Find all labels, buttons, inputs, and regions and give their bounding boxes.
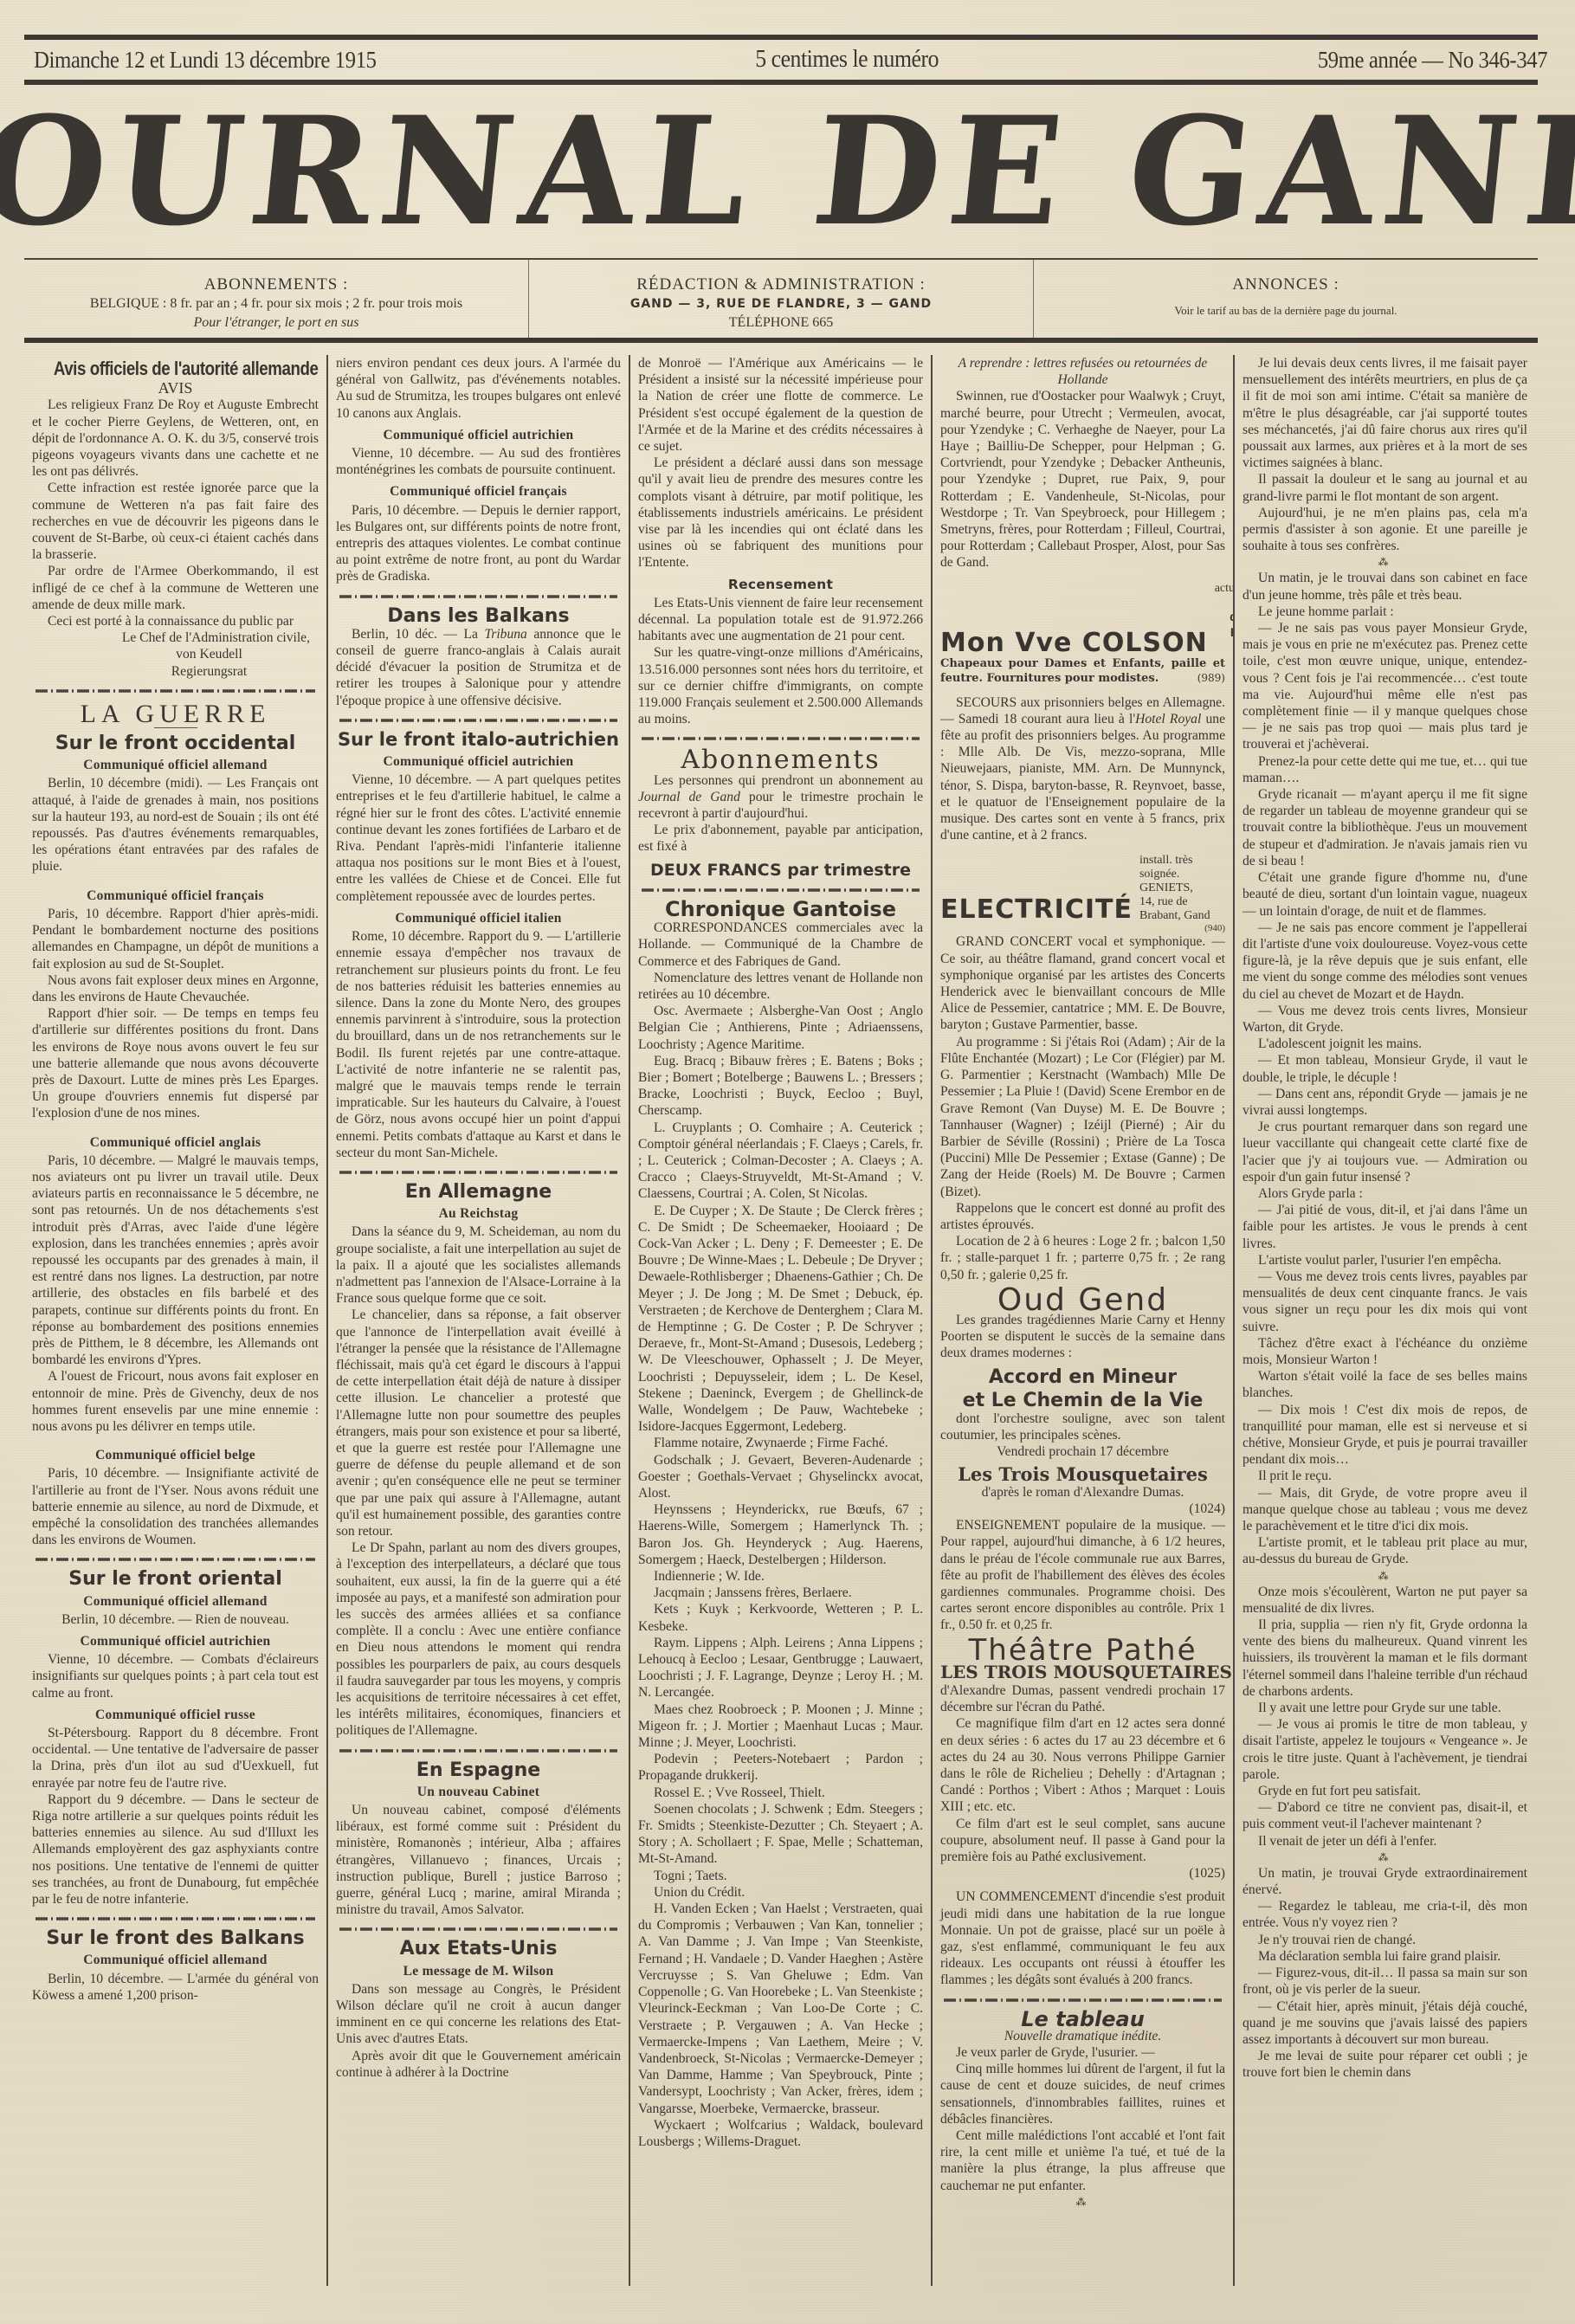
paragraph: Rome, 10 décembre. Rapport du 9. — L'art… xyxy=(336,928,621,1161)
paragraph: — Et mon tableau, Monsieur Gryde, il vau… xyxy=(1243,1052,1527,1085)
asterism: ⁂ xyxy=(940,2198,1225,2206)
headline-tableau: Le tableau xyxy=(940,2011,1225,2028)
ornament-divider xyxy=(339,1171,617,1174)
editorial-box: RÉDACTION & ADMINISTRATION : GAND — 3, R… xyxy=(528,260,1033,338)
subheading: Communiqué officiel allemand xyxy=(32,1593,319,1610)
headline-oud-gend: Oud Gend xyxy=(940,1292,1225,1308)
ornament-divider xyxy=(339,1928,617,1932)
film-title: LES TROIS MOUSQUETAIRES xyxy=(940,1664,1225,1681)
signature: Le Chef de l'Administration civile, xyxy=(32,629,319,646)
paragraph: Les personnes qui prendront un abonnemen… xyxy=(638,772,923,823)
ornament-divider xyxy=(36,1918,315,1921)
paragraph: Ceci est porté à la connaissance du publ… xyxy=(32,613,319,629)
signature: von Keudell xyxy=(32,646,319,662)
paragraph: Eug. Bracq ; Bibauw frères ; E. Batens ;… xyxy=(638,1053,923,1120)
paragraph: Il pria, supplia — rien n'y fit, Gryde o… xyxy=(1243,1617,1527,1700)
paragraph: Vienne, 10 décembre. — Combats d'éclaire… xyxy=(32,1651,319,1701)
ornament-divider xyxy=(339,719,617,722)
paragraph: E. De Cuyper ; X. De Staute ; De Clerck … xyxy=(638,1203,923,1436)
subheading: A reprendre : lettres refusées ou retour… xyxy=(940,355,1225,388)
paragraph: ENSEIGNEMENT populaire de la musique. — … xyxy=(940,1517,1225,1633)
paragraph: Il y avait une lettre pour Gryde sur une… xyxy=(1243,1700,1527,1716)
column-2: niers environ pendant ces deux jours. A … xyxy=(326,355,629,2286)
paragraph: — Je ne sais pas encore comment je l'app… xyxy=(1243,920,1527,1003)
ornament-divider xyxy=(339,595,617,598)
signature: Regierungsrat xyxy=(32,663,319,680)
ad-electricite-address: install. très soignée. GENIETS,14, rue d… xyxy=(1139,854,1225,923)
paragraph: L. Cruyplants ; O. Comhaire ; A. Ceuteri… xyxy=(638,1120,923,1203)
paragraph: H. Vanden Ecken ; Van Haelst ; Verstraet… xyxy=(638,1901,923,2117)
paragraph: Les Etats-Unis viennent de faire leur re… xyxy=(638,595,923,645)
asterism: ⁂ xyxy=(1243,558,1527,566)
paragraph: Dans la séance du 9, M. Scheideman, au n… xyxy=(336,1223,621,1307)
paragraph: Nous avons fait exploser deux mines en A… xyxy=(32,972,319,1005)
subscriptions-foreign: Pour l'étranger, le port en sus xyxy=(194,315,359,330)
masthead: JOURNAL DE GAND xyxy=(24,85,1538,258)
column-4: A reprendre : lettres refusées ou retour… xyxy=(931,355,1233,2286)
paragraph: L'artiste voulut parler, l'usurier l'en … xyxy=(1243,1252,1527,1269)
paragraph: Onze mois s'écoulèrent, Warton ne put pa… xyxy=(1243,1584,1527,1617)
paragraph: Il passait la douleur et le sang au jour… xyxy=(1243,471,1527,504)
paragraph: Cent mille malédictions l'ont accablé et… xyxy=(940,2127,1225,2194)
subscriptions-label: ABONNEMENTS : xyxy=(24,275,528,294)
headline-theatre-pathe: Théâtre Pathé xyxy=(940,1643,1225,1659)
paragraph: Paris, 10 décembre. Rapport d'hier après… xyxy=(32,906,319,972)
subscription-price: DEUX FRANCS par trimestre xyxy=(638,862,923,879)
avis-sub: AVIS xyxy=(32,380,319,397)
paragraph: Raym. Lippens ; Alph. Leirens ; Anna Lip… xyxy=(638,1635,923,1701)
ads-note: Voir le tarif au bas de la dernière page… xyxy=(1034,301,1538,320)
subheading: Communiqué officiel belge xyxy=(32,1447,319,1463)
ornament-divider xyxy=(36,689,315,693)
paragraph: Un matin, je trouvai Gryde extraordinair… xyxy=(1243,1865,1527,1898)
issue-price: 5 centimes le numéro xyxy=(755,46,939,74)
paragraph: Jacqmain ; Janssens frères, Berlaere. xyxy=(638,1585,923,1601)
headline-guerre: LA GUERRE xyxy=(32,706,319,722)
paragraph: — Je ne sais pas vous payer Monsieur Gry… xyxy=(1243,620,1527,753)
subheading: Recensement xyxy=(638,577,923,593)
headline-occidental: Sur le front occidental xyxy=(32,735,319,752)
paragraph: Osc. Avermaete ; Alsberghe-Van Oost ; An… xyxy=(638,1003,923,1053)
info-bar: ABONNEMENTS : BELGIQUE : 8 fr. par an ; … xyxy=(24,260,1538,343)
paragraph: Indiennerie ; W. Ide. xyxy=(638,1568,923,1585)
paragraph: Maes chez Roobroeck ; P. Moonen ; J. Min… xyxy=(638,1701,923,1752)
paragraph: Aujourd'hui, je ne m'en plains pas, cela… xyxy=(1243,505,1527,555)
paragraph: Podevin ; Peeters-Notebaert ; Pardon ; P… xyxy=(638,1751,923,1784)
subheading: Communiqué officiel autrichien xyxy=(336,427,621,443)
paragraph: Il venait de jeter un défi à l'enfer. xyxy=(1243,1833,1527,1850)
paragraph: Wyckaert ; Wolfcarius ; Waldack, bouleva… xyxy=(638,2117,923,2150)
ad-colson-address: actuellement, ruedigue de Brabant, 69. xyxy=(1215,582,1233,656)
film-title: et Le Chemin de la Vie xyxy=(940,1392,1225,1409)
headline-avis: Avis officiels de l'autorité allemande xyxy=(54,360,297,377)
paragraph: Un matin, je le trouvai dans son cabinet… xyxy=(1243,570,1527,603)
ads-label: ANNONCES : xyxy=(1034,275,1538,294)
paragraph: — Figurez-vous, dit-il… Il passa sa main… xyxy=(1243,1965,1527,1998)
paragraph: Le prix d'abonnement, payable par antici… xyxy=(638,822,923,855)
ornament-divider xyxy=(36,1559,315,1562)
editorial-phone: TÉLÉPHONE 665 xyxy=(529,313,1033,332)
paragraph: Dans son message au Congrès, le Présiden… xyxy=(336,1981,621,2048)
paragraph: Les grandes tragédiennes Marie Carny et … xyxy=(940,1312,1225,1362)
paragraph: Berlin, 10 décembre (midi). — Les França… xyxy=(32,775,319,875)
paragraph: Vienne, 10 décembre. — A part quelques p… xyxy=(336,771,621,905)
headline-balkans: Sur le front des Balkans xyxy=(32,1930,319,1946)
paragraph: Gryde ricanait — m'ayant aperçu il me fi… xyxy=(1243,786,1527,869)
film-title: Les Trois Mousquetaires xyxy=(940,1466,1225,1482)
paragraph: GRAND CONCERT vocal et symphonique. — Ce… xyxy=(940,933,1225,1033)
editorial-label: RÉDACTION & ADMINISTRATION : xyxy=(529,275,1033,294)
paragraph: Au programme : Si j'étais Roi (Adam) ; A… xyxy=(940,1034,1225,1200)
paragraph: — Vous me devez trois cents livres, Mons… xyxy=(1243,1003,1527,1036)
subheading: Communiqué officiel autrichien xyxy=(336,753,621,770)
paragraph: Paris, 10 décembre. — Malgré le mauvais … xyxy=(32,1152,319,1369)
paragraph: Par ordre de l'Armee Oberkommando, il es… xyxy=(32,563,319,613)
paragraph: St-Pétersbourg. Rapport du 8 décembre. F… xyxy=(32,1725,319,1791)
ad-colson: Mon Vve COLSON actuellement, ruedigue de… xyxy=(940,582,1225,656)
subheading: Communiqué officiel anglais xyxy=(32,1134,319,1151)
paragraph: — C'était hier, après minuit, j'étais dé… xyxy=(1243,1998,1527,2049)
paragraph: Je lui devais deux cents livres, il me f… xyxy=(1243,355,1527,471)
paragraph: Je me levai de suite pour réparer cet ou… xyxy=(1243,2048,1527,2081)
column-5: Je lui devais deux cents livres, il me f… xyxy=(1233,355,1535,2286)
paragraph: d'Alexandre Dumas, passent vendredi proc… xyxy=(940,1682,1225,1715)
paragraph: Ma déclaration sembla lui faire grand pl… xyxy=(1243,1948,1527,1965)
column-1: Avis officiels de l'autorité allemande A… xyxy=(24,355,326,2286)
ornament-divider xyxy=(642,888,920,892)
paragraph: Un nouveau cabinet, composé d'éléments l… xyxy=(336,1802,621,1918)
subheading: Communiqué officiel français xyxy=(336,483,621,500)
headline-etats-unis: Aux Etats-Unis xyxy=(336,1940,621,1957)
story-part-2: Un matin, je le trouvai dans son cabinet… xyxy=(1243,570,1527,1567)
paragraph: de Monroë — l'Amérique aux Américains — … xyxy=(638,355,923,455)
paragraph: Berlin, 10 décembre. — L'armée du généra… xyxy=(32,1971,319,2004)
paragraph: — Mais, dit Gryde, de votre propre aveu … xyxy=(1243,1485,1527,1535)
headline-abonnements: Abonnements xyxy=(638,752,923,768)
paragraph: — Vous me devez trois cents livres, paya… xyxy=(1243,1269,1527,1335)
paragraph: Je veux parler de Gryde, l'usurier. — xyxy=(940,2044,1225,2061)
story-part-4: Un matin, je trouvai Gryde extraordinair… xyxy=(1243,1865,1527,2082)
paragraph: Après avoir dit que le Gouvernement amér… xyxy=(336,2048,621,2081)
paragraph: L'artiste promit, et le tableau prit pla… xyxy=(1243,1534,1527,1567)
column-3: de Monroë — l'Amérique aux Américains — … xyxy=(629,355,931,2286)
ad-electricite: ELECTRICITÉ install. très soignée. GENIE… xyxy=(940,854,1225,923)
paragraph: Heynssens ; Heynderickx, rue Bœufs, 67 ;… xyxy=(638,1501,923,1568)
paragraph: CORRESPONDANCES commerciales avec la Hol… xyxy=(638,920,923,970)
paragraph: Rapport du 9 décembre. — Dans le secteur… xyxy=(32,1791,319,1908)
paragraph: niers environ pendant ces deux jours. A … xyxy=(336,355,621,422)
ad-electricite-name: ELECTRICITÉ xyxy=(940,897,1133,923)
paragraph: Flamme notaire, Zwynaerde ; Firme Faché. xyxy=(638,1435,923,1451)
paragraph: Union du Crédit. xyxy=(638,1884,923,1901)
paragraph: Location de 2 à 6 heures : Loge 2 fr. ; … xyxy=(940,1233,1225,1283)
asterism: ⁂ xyxy=(1243,1572,1527,1580)
paragraph: Rossel E. ; Vve Rosseel, Thielt. xyxy=(638,1785,923,1801)
subheading: Communiqué officiel allemand xyxy=(32,757,319,773)
asterism: ⁂ xyxy=(1243,1853,1527,1862)
subscriptions-box: ABONNEMENTS : BELGIQUE : 8 fr. par an ; … xyxy=(24,260,528,338)
ornament-divider xyxy=(339,1749,617,1753)
paragraph: UN COMMENCEMENT d'incendie s'est produit… xyxy=(940,1888,1225,1988)
film-title: Accord en Mineur xyxy=(940,1369,1225,1385)
subheading: Communiqué officiel russe xyxy=(32,1707,319,1723)
paragraph: Togni ; Taets. xyxy=(638,1868,923,1884)
subheading: Au Reichstag xyxy=(336,1205,621,1222)
paragraph: L'adolescent joignit les mains. xyxy=(1243,1036,1527,1052)
paragraph: Paris, 10 décembre. — Depuis le dernier … xyxy=(336,502,621,585)
paragraph: Alors Gryde parla : xyxy=(1243,1185,1527,1202)
paragraph: Soenen chocolats ; J. Schwenk ; Edm. Ste… xyxy=(638,1801,923,1868)
paragraph: Paris, 10 décembre. — Insignifiante acti… xyxy=(32,1465,319,1548)
paragraph: C'était une grande figure d'homme nu, d'… xyxy=(1243,869,1527,920)
ornament-divider xyxy=(944,1998,1222,2002)
paragraph: Kets ; Kuyk ; Kerkvoorde, Wetteren ; P. … xyxy=(638,1601,923,1634)
ads-box: ANNONCES : Voir le tarif au bas de la de… xyxy=(1033,260,1538,338)
paragraph: Il prit le reçu. xyxy=(1243,1468,1527,1484)
ad-colson-name: Mon Vve COLSON xyxy=(940,630,1208,656)
paragraph: — Je vous ai promis le titre de mon tabl… xyxy=(1243,1716,1527,1783)
paragraph: Rappelons que le concert est donné au pr… xyxy=(940,1200,1225,1233)
paragraph: Gryde en fut fort peu satisfait. xyxy=(1243,1783,1527,1799)
event-date: Vendredi prochain 17 décembre xyxy=(940,1443,1225,1460)
paragraph: Rapport d'hier soir. — De temps en temps… xyxy=(32,1005,319,1121)
paragraph: Nomenclature des lettres venant de Holla… xyxy=(638,970,923,1003)
paragraph: Ce magnifique film d'art en 12 actes ser… xyxy=(940,1715,1225,1815)
story-part-3: Onze mois s'écoulèrent, Warton ne put pa… xyxy=(1243,1584,1527,1850)
subheading: Le message de M. Wilson xyxy=(336,1963,621,1979)
headline-allemagne: En Allemagne xyxy=(336,1184,621,1200)
ad-colson-body: Chapeaux pour Dames et Enfants, paille e… xyxy=(940,656,1225,686)
headline-dans-balkans: Dans les Balkans xyxy=(336,608,621,624)
paragraph: Cinq mille hommes lui dûrent de l'argent… xyxy=(940,2061,1225,2127)
issue-date: Dimanche 12 et Lundi 13 décembre 1915 xyxy=(34,47,376,74)
paragraph: — Dix mois ! C'est dix mois de repos, de… xyxy=(1243,1402,1527,1469)
headline-chronique: Chronique Gantoise xyxy=(638,901,923,918)
paragraph: SECOURS aux prisonniers belges en Allema… xyxy=(940,694,1225,844)
paragraph: A l'ouest de Fricourt, nous avons fait e… xyxy=(32,1368,319,1435)
ad-ref: (940) xyxy=(940,923,1225,933)
newspaper-page: Dimanche 12 et Lundi 13 décembre 1915 5 … xyxy=(24,35,1538,2286)
headline-espagne: En Espagne xyxy=(336,1762,621,1779)
subheading: Communiqué officiel italien xyxy=(336,910,621,926)
paragraph: Cette infraction est restée ignorée parc… xyxy=(32,480,319,563)
paragraph: Les religieux Franz De Roy et Auguste Em… xyxy=(32,397,319,480)
paragraph: — Dans cent ans, répondit Gryde — jamais… xyxy=(1243,1086,1527,1119)
paragraph: Je n'y trouvai rien de changé. xyxy=(1243,1932,1527,1948)
paragraph: — Regardez le tableau, me cria-t-il, dès… xyxy=(1243,1898,1527,1931)
paragraph: Le Dr Spahn, parlant au nom des divers g… xyxy=(336,1540,621,1739)
paragraph: Ce film d'art est le seul complet, sans … xyxy=(940,1816,1225,1866)
paragraph: Vienne, 10 décembre. — Au sud des fronti… xyxy=(336,445,621,478)
headline-italo: Sur le front italo-autrichien xyxy=(336,732,621,748)
paragraph: Swinnen, rue d'Oostacker pour Waalwyk ; … xyxy=(940,388,1225,571)
paragraph: Tâchez d'être exact à l'échéance du onzi… xyxy=(1243,1335,1527,1368)
paragraph: Warton s'était voilé la face de ses bell… xyxy=(1243,1368,1527,1401)
issue-number: 59me année — No 346-347 xyxy=(1318,47,1547,74)
ad-ref: (1024) xyxy=(940,1501,1225,1517)
subheading: Communiqué officiel autrichien xyxy=(32,1633,319,1649)
ornament-divider xyxy=(642,738,920,741)
letters-list: Osc. Avermaete ; Alsberghe-Van Oost ; An… xyxy=(638,1003,923,2150)
paragraph: Je crus pourtant remarquer dans son rega… xyxy=(1243,1119,1527,1185)
paragraph: Godschalk ; J. Gevaert, Beveren-Audenard… xyxy=(638,1452,923,1502)
paragraph: Berlin, 10 déc. — La Tribuna annonce que… xyxy=(336,626,621,709)
paragraph: dont l'orchestre souligne, avec son tale… xyxy=(940,1411,1225,1443)
paragraph: — J'ai pitié de vous, dit-il, et j'ai da… xyxy=(1243,1202,1527,1252)
editorial-address: GAND — 3, RUE DE FLANDRE, 3 — GAND xyxy=(529,294,1033,313)
paragraph: Sur les quatre-vingt-onze millions d'Amé… xyxy=(638,644,923,727)
subscriptions-rates: BELGIQUE : 8 fr. par an ; 4 fr. pour six… xyxy=(24,294,528,313)
paragraph: Le jeune homme parlait : xyxy=(1243,604,1527,620)
ad-ref: (1025) xyxy=(940,1865,1225,1882)
subheading: Un nouveau Cabinet xyxy=(336,1784,621,1800)
paragraph: — D'abord ce titre ne convient pas, disa… xyxy=(1243,1799,1527,1832)
paragraph: d'après le roman d'Alexandre Dumas. xyxy=(940,1484,1225,1501)
paragraph: Berlin, 10 décembre. — Rien de nouveau. xyxy=(32,1611,319,1628)
subheading: Communiqué officiel français xyxy=(32,888,319,904)
headline-oriental: Sur le front oriental xyxy=(32,1571,319,1587)
paragraph: Le chancelier, dans sa réponse, a fait o… xyxy=(336,1307,621,1540)
paragraph: Prenez-la pour cette dette qui me tue, e… xyxy=(1243,753,1527,786)
subheading: Nouvelle dramatique inédite. xyxy=(940,2028,1225,2044)
newspaper-title: JOURNAL DE GAND xyxy=(0,97,1575,246)
story-part-1: Je lui devais deux cents livres, il me f… xyxy=(1243,355,1527,554)
columns: Avis officiels de l'autorité allemande A… xyxy=(24,355,1538,2286)
paragraph: Le président a déclaré aussi dans son me… xyxy=(638,455,923,571)
subheading: Communiqué officiel allemand xyxy=(32,1952,319,1968)
dateline: Dimanche 12 et Lundi 13 décembre 1915 5 … xyxy=(24,40,1557,80)
